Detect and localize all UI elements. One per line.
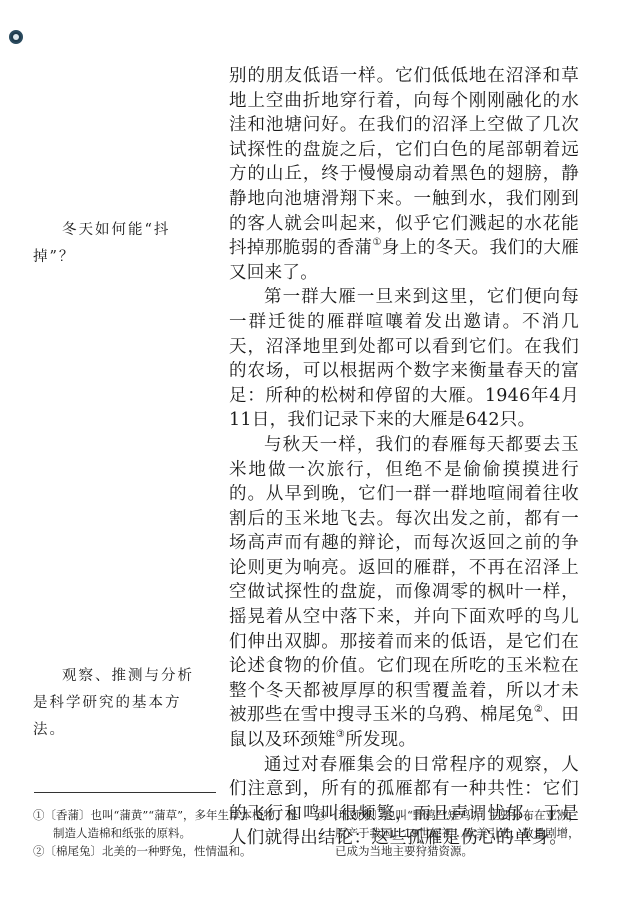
footnotes-left: ①〔香蒲〕也叫“蒲黄”“蒲草”，多年生草本植物，是制造人造棉和纸张的原料。 ②〔… [33, 806, 298, 860]
paragraph-3-text-a: 与秋天一样，我们的春雁每天都要去玉米地做一次旅行，但绝不是偷偷摸摸进行的。从早到… [229, 435, 579, 726]
footnote-3: ③〔环颈雉〕也叫“野鸡”“雉鸡”，主要分布在亚洲，原产于我国。19世纪初，欧美引… [315, 806, 585, 860]
footnotes-right: ③〔环颈雉〕也叫“野鸡”“雉鸡”，主要分布在亚洲，原产于我国。19世纪初，欧美引… [315, 806, 585, 860]
footnote-ref-2[interactable]: ② [534, 704, 543, 715]
footnote-1: ①〔香蒲〕也叫“蒲黄”“蒲草”，多年生草本植物，是制造人造棉和纸张的原料。 [33, 806, 298, 842]
paragraph-3-text-c: 所发现。 [345, 730, 416, 750]
margin-note-method: 观察、推测与分析是科学研究的基本方法。 [33, 663, 203, 744]
paragraph-1-text: 别的朋友低语一样。它们低低地在沼泽和草地上空曲折地穿行着，向每个刚刚融化的水洼和… [229, 66, 579, 258]
footnote-divider [34, 792, 216, 793]
footnote-ref-3[interactable]: ③ [336, 729, 345, 740]
face-badge-icon [9, 30, 23, 44]
paragraph-3: 与秋天一样，我们的春雁每天都要去玉米地做一次旅行，但绝不是偷偷摸摸进行的。从早到… [229, 433, 579, 753]
footnote-2: ②〔棉尾兔〕北美的一种野兔，性情温和。 [33, 842, 298, 860]
paragraph-2: 第一群大雁一旦来到这里，它们便向每一群迁徙的雁群喧嚷着发出邀请。不消几天，沼泽地… [229, 285, 579, 433]
main-text: 别的朋友低语一样。它们低低地在沼泽和草地上空曲折地穿行着，向每个刚刚融化的水洼和… [229, 64, 579, 851]
paragraph-1: 别的朋友低语一样。它们低低地在沼泽和草地上空曲折地穿行着，向每个刚刚融化的水洼和… [229, 64, 579, 285]
footnote-ref-1[interactable]: ① [372, 237, 381, 248]
margin-note-question: 冬天如何能“抖掉”？ [33, 217, 203, 271]
